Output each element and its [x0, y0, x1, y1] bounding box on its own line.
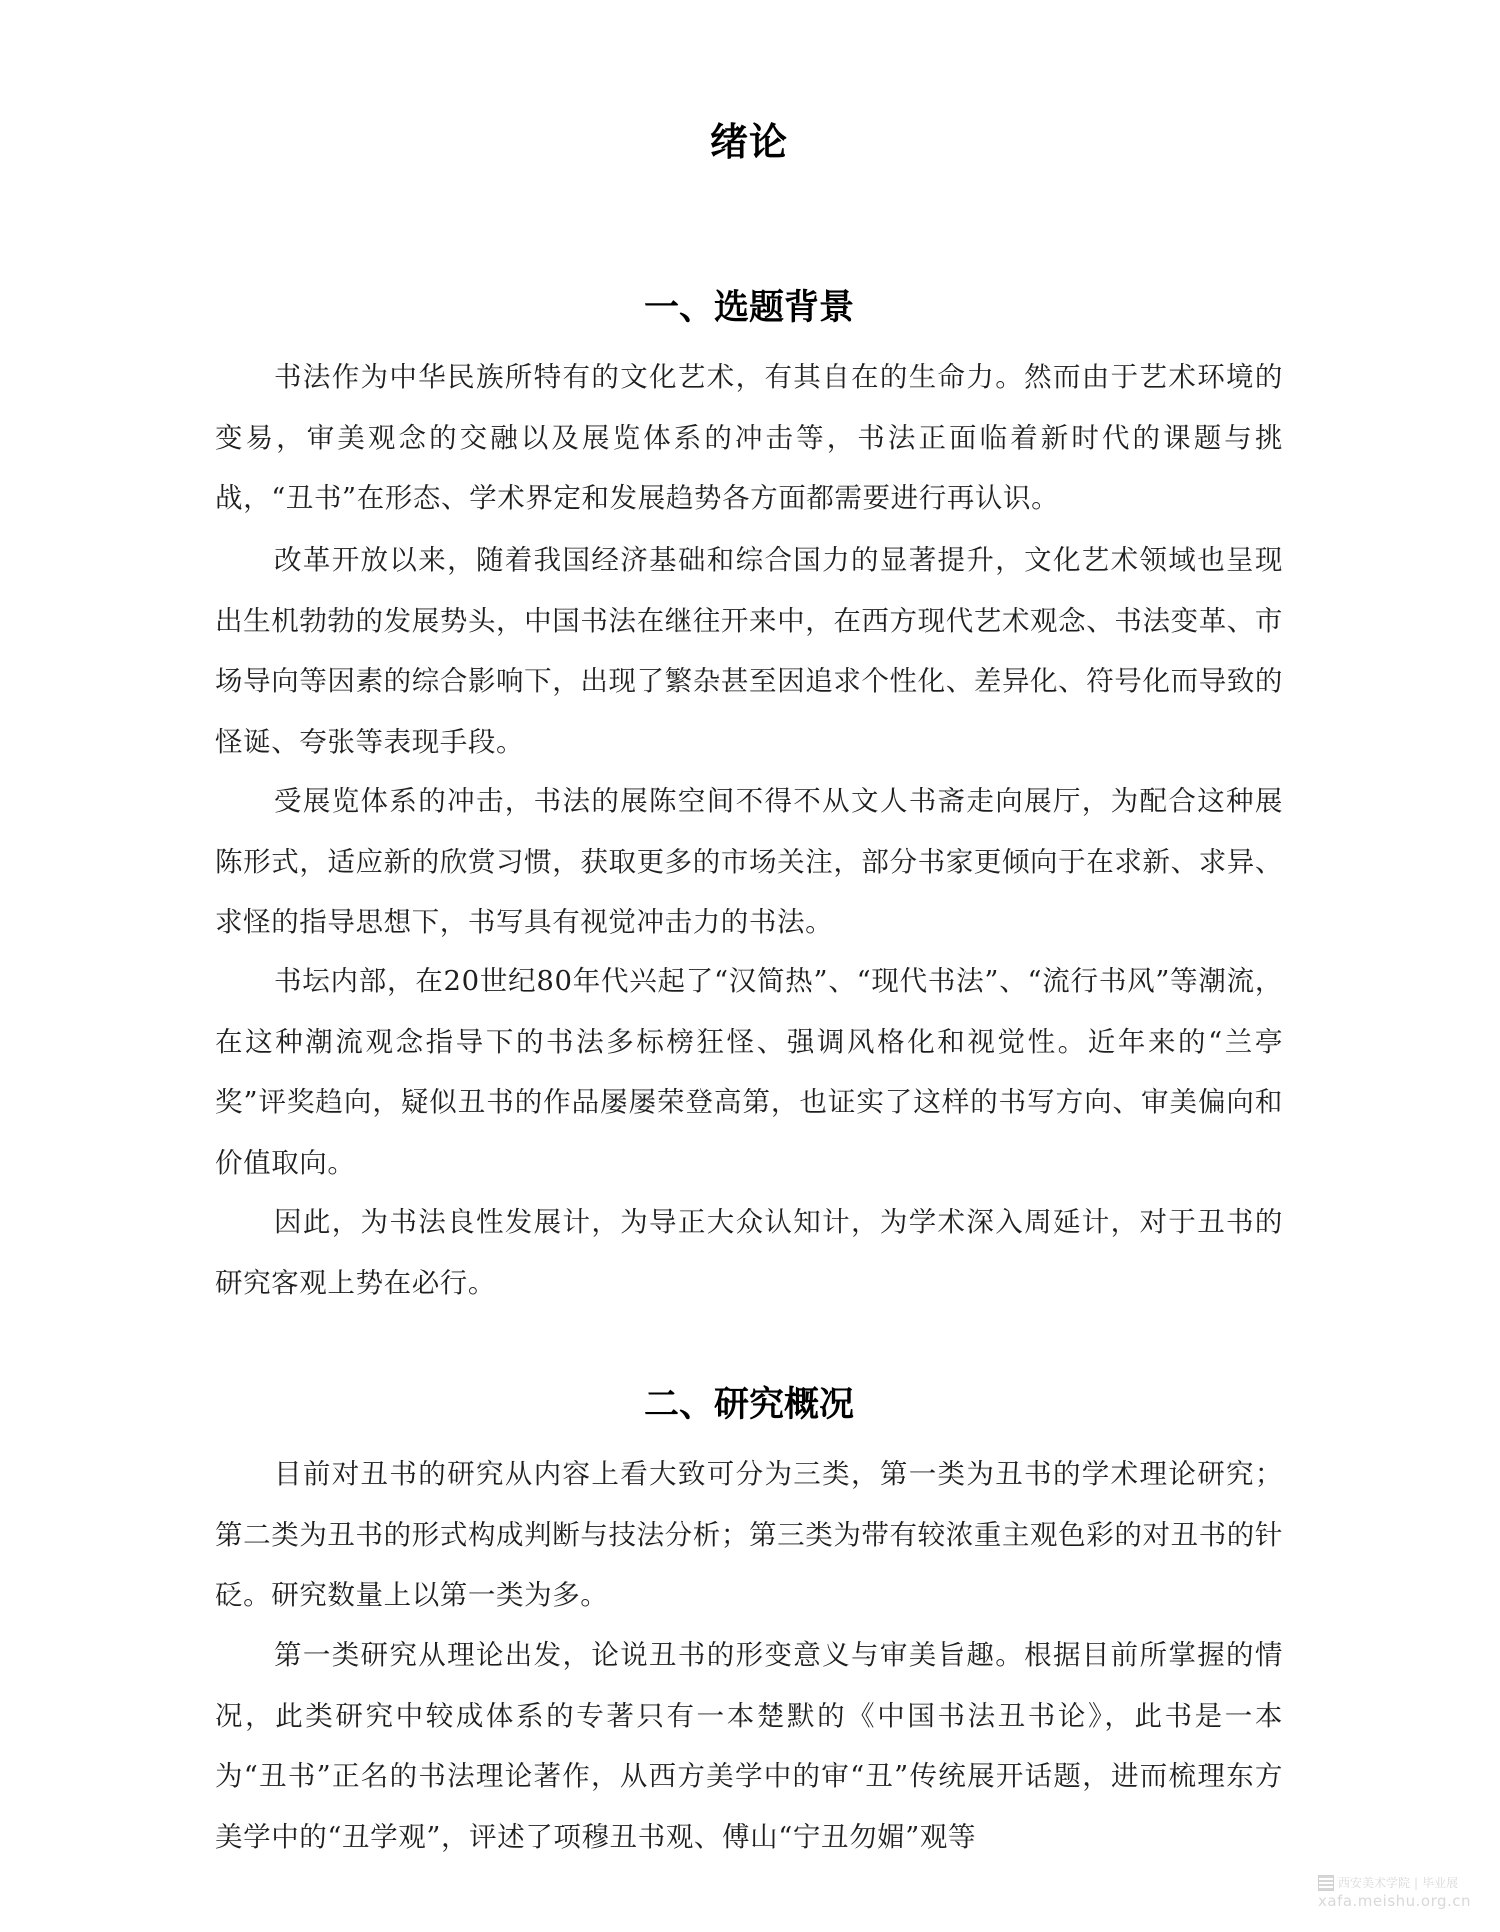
watermark-url: xafa.meishu.org.cn	[1318, 1892, 1488, 1910]
academy-logo-icon	[1318, 1875, 1334, 1891]
watermark-tag: 毕业展	[1422, 1874, 1458, 1891]
page-title: 绪论	[215, 118, 1283, 166]
paragraph: 改革开放以来，随着我国经济基础和综合国力的显著提升，文化艺术领域也呈现出生机勃勃…	[215, 530, 1283, 772]
paragraph: 书坛内部，在20世纪80年代兴起了“汉简热”、“现代书法”、“流行书风”等潮流，…	[215, 951, 1283, 1193]
paragraph: 目前对丑书的研究从内容上看大致可分为三类，第一类为丑书的学术理论研究；第二类为丑…	[215, 1444, 1283, 1626]
paragraph: 书法作为中华民族所特有的文化艺术，有其自在的生命力。然而由于艺术环境的变易，审美…	[215, 347, 1283, 529]
paragraph: 因此，为书法良性发展计，为导正大众认知计，为学术深入周延计，对于丑书的研究客观上…	[215, 1192, 1283, 1313]
section-heading-background: 一、选题背景	[215, 286, 1283, 330]
watermark: 西安美术学院 | 毕业展 xafa.meishu.org.cn	[1318, 1874, 1488, 1910]
paragraph: 第一类研究从理论出发，论说丑书的形变意义与审美旨趣。根据目前所掌握的情况，此类研…	[215, 1625, 1283, 1867]
watermark-logo-text: 西安美术学院	[1338, 1874, 1410, 1891]
paragraph: 受展览体系的冲击，书法的展陈空间不得不从文人书斋走向展厅，为配合这种展陈形式，适…	[215, 771, 1283, 953]
section-heading-research-overview: 二、研究概况	[215, 1383, 1283, 1427]
